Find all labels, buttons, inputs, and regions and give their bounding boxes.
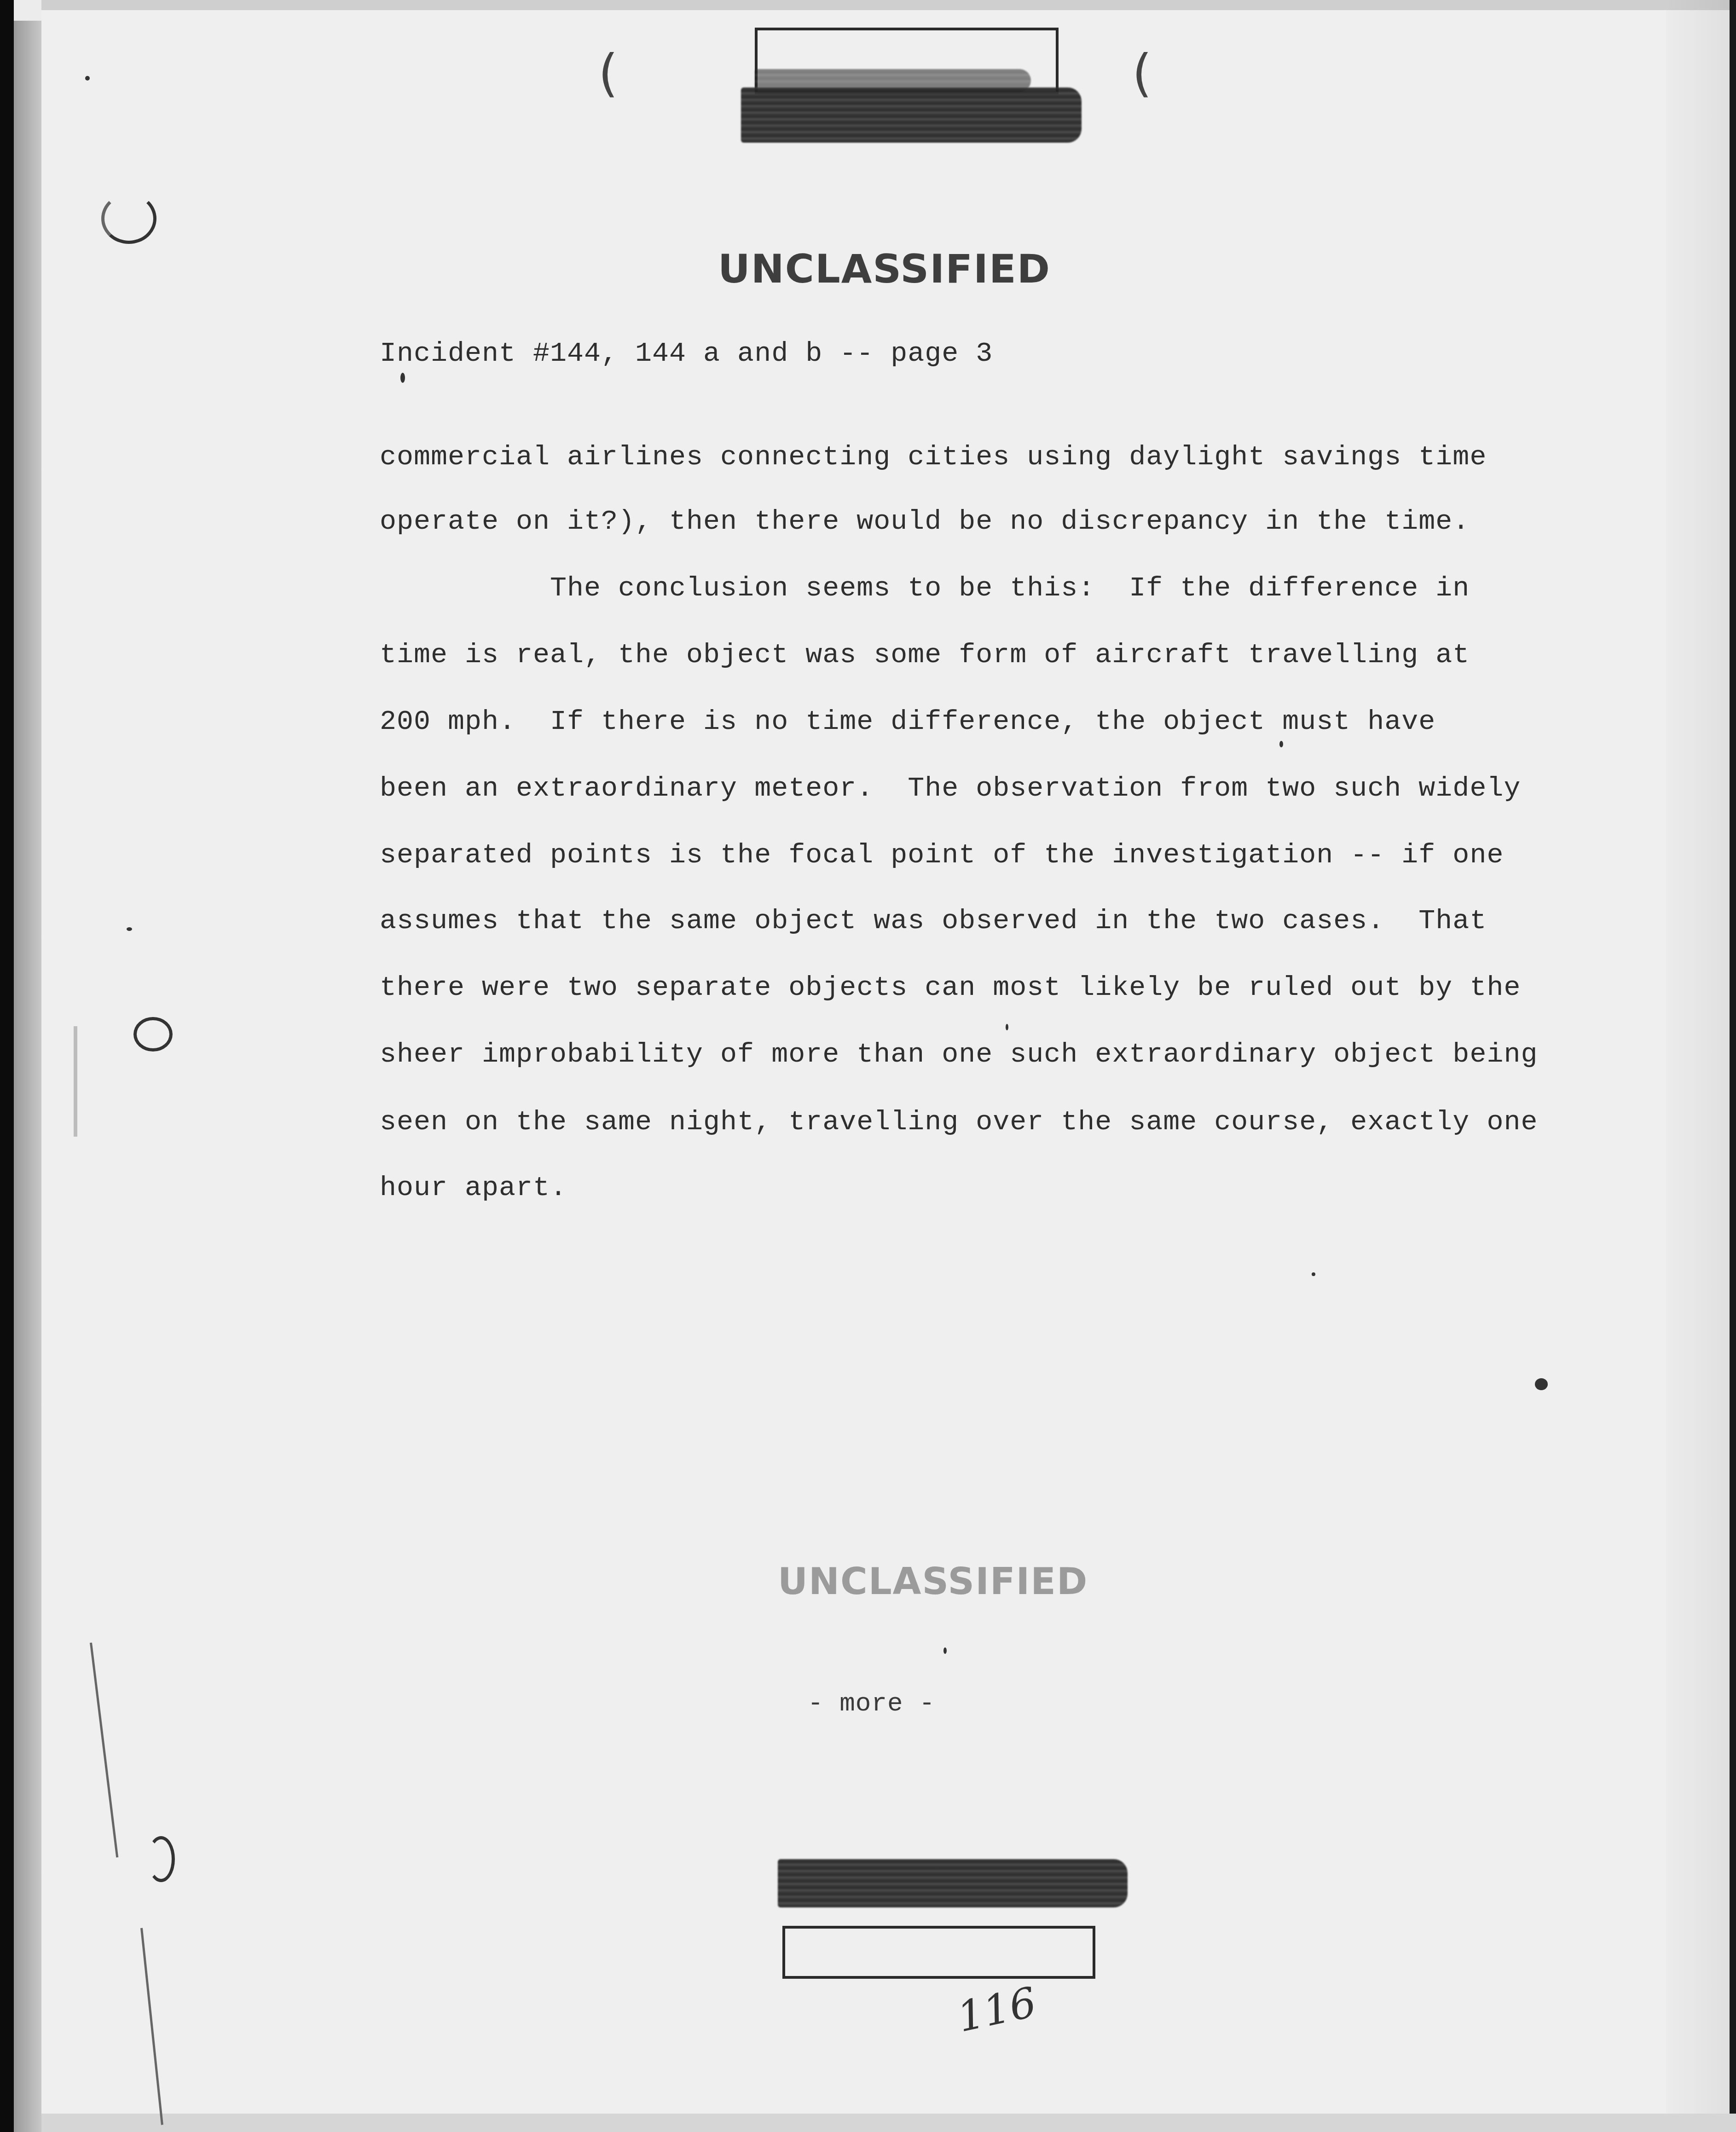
- dust-speck: [400, 373, 405, 383]
- scan-top-border: [41, 0, 1736, 10]
- punch-hole-mark-top: [101, 193, 156, 244]
- body-line-8: assumes that the same object was observe…: [380, 906, 1487, 937]
- redaction-smear-upper: [755, 69, 1031, 92]
- stamp-box-outline-bottom: [782, 1926, 1095, 1979]
- continuation-marker: - more -: [808, 1689, 935, 1718]
- punch-hole-mark-bottom: [147, 1836, 175, 1882]
- dust-speck: [1279, 741, 1283, 747]
- body-line-9: there were two separate objects can most…: [380, 972, 1521, 1004]
- scan-left-shadow: [14, 21, 41, 2132]
- scan-bottom-border: [41, 2114, 1736, 2132]
- body-line-7: separated points is the focal point of t…: [380, 840, 1504, 871]
- incident-header: Incident #144, 144 a and b -- page 3: [380, 338, 993, 370]
- body-line-6: been an extraordinary meteor. The observ…: [380, 773, 1521, 804]
- redaction-smear: [741, 87, 1082, 143]
- paren-mark-right: (: [1132, 44, 1152, 103]
- scan-left-border: [0, 0, 14, 2132]
- dust-speck: [1006, 1024, 1008, 1030]
- dust-speck: [85, 76, 90, 81]
- dust-speck: [1312, 1272, 1315, 1276]
- body-line-10: sheer improbability of more than one suc…: [380, 1039, 1538, 1070]
- classification-stamp-bottom: UNCLASSIFIED: [778, 1560, 1088, 1603]
- body-line-11: seen on the same night, travelling over …: [380, 1107, 1538, 1138]
- dust-speck: [127, 927, 132, 931]
- redaction-smear-bottom: [778, 1859, 1128, 1907]
- body-line-2: operate on it?), then there would be no …: [380, 506, 1470, 537]
- punch-hole-mark-middle: [133, 1017, 173, 1052]
- margin-smudge: [74, 1026, 77, 1137]
- scan-right-border: [1730, 0, 1736, 2132]
- body-line-12: hour apart.: [380, 1173, 567, 1204]
- classification-stamp-top: UNCLASSIFIED: [718, 246, 1051, 292]
- body-line-4: time is real, the object was some form o…: [380, 640, 1470, 671]
- paren-mark-left: (: [598, 44, 618, 103]
- dust-speck: [1535, 1378, 1548, 1390]
- scan-right-shadow: [1665, 0, 1730, 2132]
- body-line-5: 200 mph. If there is no time difference,…: [380, 706, 1435, 738]
- body-line-3: The conclusion seems to be this: If the …: [380, 573, 1470, 604]
- dust-speck: [943, 1647, 947, 1654]
- scan-frame: ( ( UNCLASSIFIED Incident #144, 144 a an…: [0, 0, 1736, 2132]
- body-line-1: commercial airlines connecting cities us…: [380, 442, 1487, 473]
